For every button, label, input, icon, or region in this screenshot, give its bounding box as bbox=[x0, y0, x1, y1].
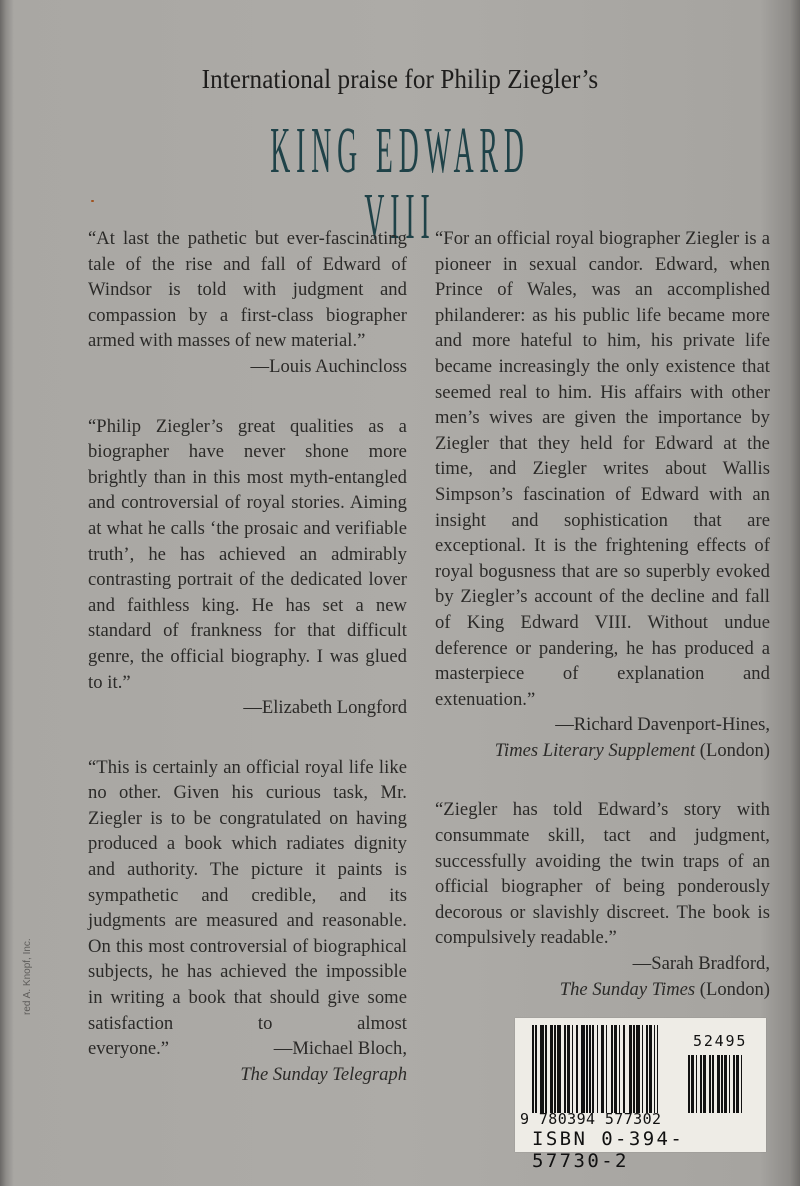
quote-publication: The Sunday Times (London) bbox=[435, 977, 770, 1003]
publication-name: Times Literary Supplement bbox=[495, 740, 695, 761]
quote-author: —Louis Auchincloss bbox=[88, 354, 407, 380]
quote-text-end: everyone.” bbox=[88, 1036, 169, 1062]
isbn-number: ISBN 0-394-57730-2 bbox=[532, 1128, 766, 1172]
praise-header: International praise for Philip Ziegler’… bbox=[28, 64, 772, 95]
quote-publication: Times Literary Supplement (London) bbox=[435, 738, 770, 764]
price-addon-digits: 52495 bbox=[693, 1032, 747, 1050]
publication-location: (London) bbox=[695, 740, 770, 761]
ean-digits: 9 780394 577302 bbox=[520, 1110, 661, 1128]
review-quote: “For an official royal biographer Ziegle… bbox=[435, 226, 770, 763]
quote-publication: The Sunday Telegraph bbox=[88, 1062, 407, 1088]
addon-barcode-bars bbox=[688, 1055, 758, 1113]
review-quote: “Philip Ziegler’s great qualities as a b… bbox=[88, 414, 407, 721]
quote-text: “Philip Ziegler’s great qualities as a b… bbox=[88, 414, 407, 696]
isbn-barcode: 52495 9 780394 577302 ISBN 0-394-57730-2 bbox=[515, 1018, 766, 1152]
quote-text: “Ziegler has told Edward’s story with co… bbox=[435, 797, 770, 951]
quote-author: —Sarah Bradford, bbox=[435, 951, 770, 977]
publisher-credit: red A. Knopf, Inc. bbox=[22, 938, 33, 1015]
quote-text: “This is certainly an official royal lif… bbox=[88, 755, 407, 1037]
quote-text: “At last the pathetic but ever-fascinati… bbox=[88, 226, 407, 354]
left-column: “At last the pathetic but ever-fascinati… bbox=[88, 226, 407, 1118]
quote-last-line: everyone.” —Michael Bloch, bbox=[88, 1036, 407, 1062]
quote-author: —Michael Bloch, bbox=[274, 1036, 407, 1062]
ean-barcode-bars bbox=[532, 1025, 676, 1113]
quote-author: —Richard Davenport-Hines, bbox=[435, 712, 770, 738]
review-quote: “At last the pathetic but ever-fascinati… bbox=[88, 226, 407, 380]
cover-blemish bbox=[91, 200, 94, 202]
quote-author: —Elizabeth Longford bbox=[88, 695, 407, 721]
right-column: “For an official royal biographer Ziegle… bbox=[435, 226, 770, 1033]
quote-text: “For an official royal biographer Ziegle… bbox=[435, 226, 770, 712]
review-quote: “Ziegler has told Edward’s story with co… bbox=[435, 797, 770, 1002]
publication-name: The Sunday Times bbox=[560, 979, 695, 1000]
review-quote: “This is certainly an official royal lif… bbox=[88, 755, 407, 1088]
publication-name: The Sunday Telegraph bbox=[240, 1064, 407, 1085]
publication-location: (London) bbox=[695, 979, 770, 1000]
